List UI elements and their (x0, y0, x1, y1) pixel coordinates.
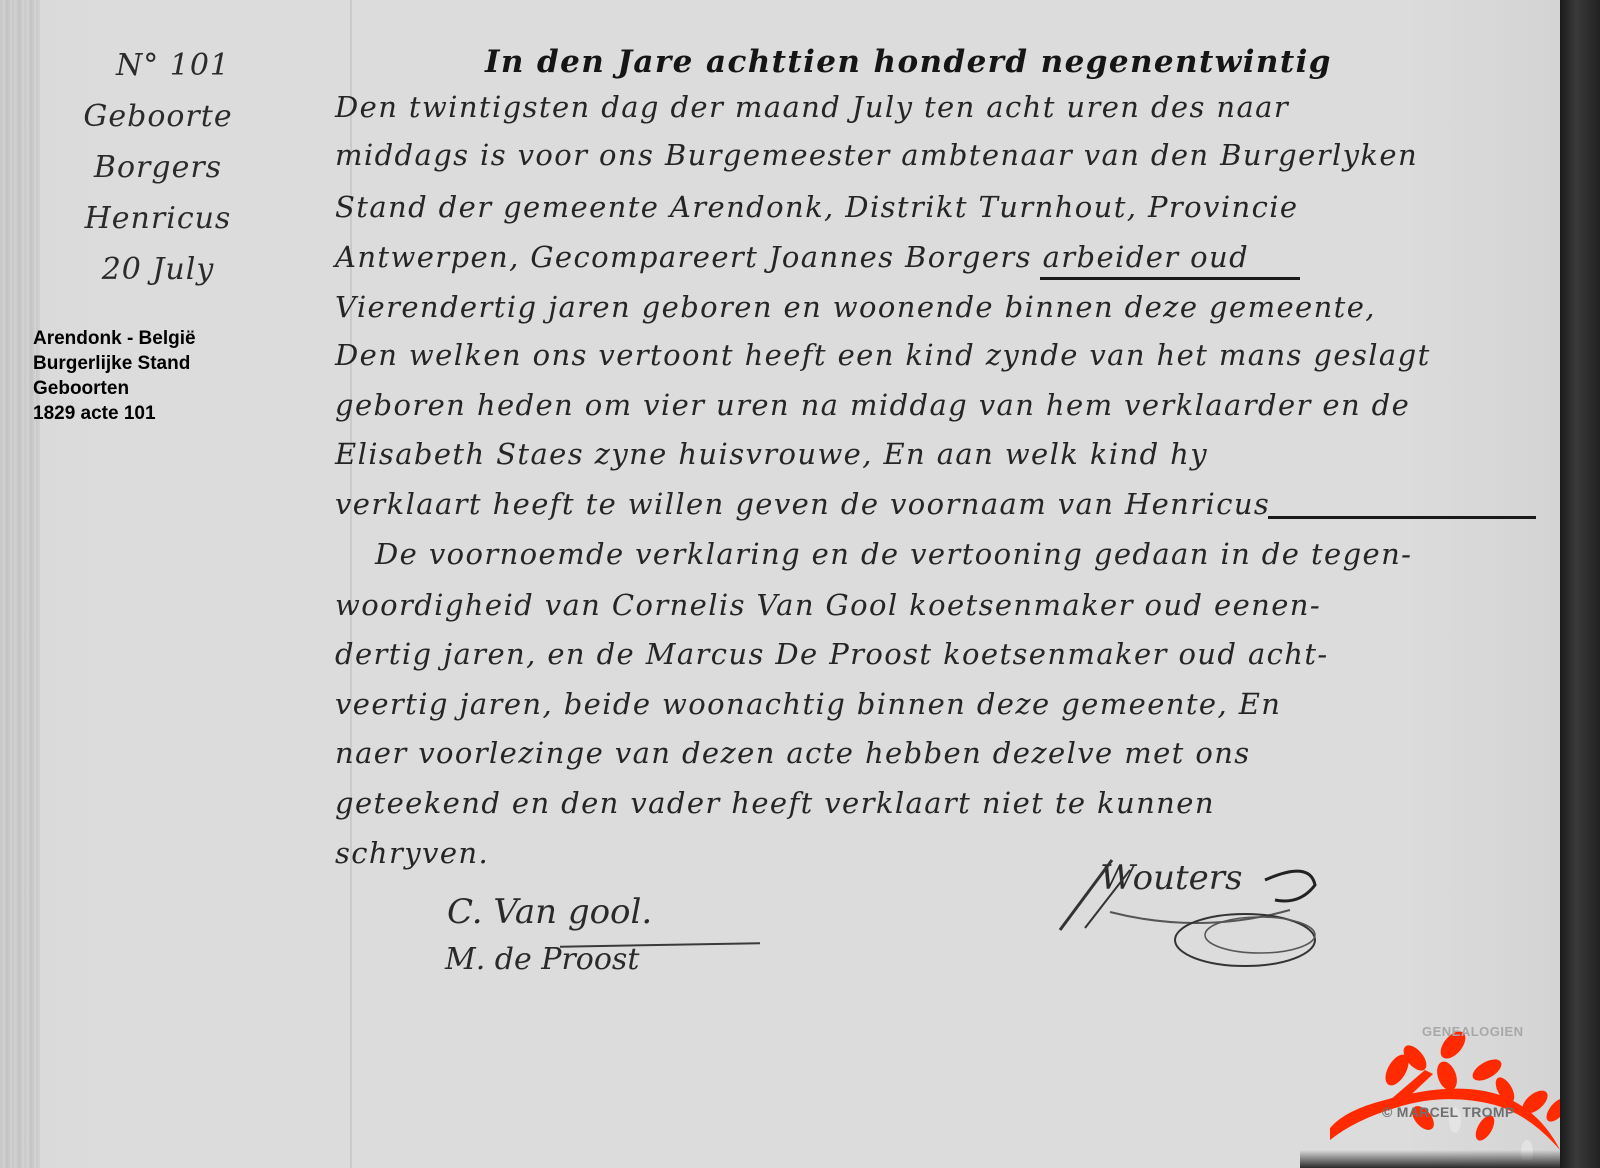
body-line: veertig jaren, beide woonachtig binnen d… (335, 687, 1281, 721)
signature-witness-2: M. de Proost (445, 942, 639, 977)
name-underline-henricus (1268, 516, 1536, 519)
label-act: 1829 acte 101 (33, 401, 196, 426)
label-register: Burgerlijke Stand (33, 351, 196, 376)
body-line: schryven. (335, 836, 489, 870)
body-line: middags is voor ons Burgemeester ambtena… (335, 138, 1418, 172)
body-line: geteekend en den vader heeft verklaart n… (335, 786, 1215, 820)
signature-witness-1: C. Van gool. (447, 892, 652, 932)
archive-label: Arendonk - België Burgerlijke Stand Gebo… (33, 326, 196, 426)
margin-line-date: 20 July (48, 244, 268, 295)
body-line: Antwerpen, Gecompareert Joannes Borgers … (335, 240, 1249, 274)
body-line: Den twintigsten dag der maand July ten a… (335, 90, 1289, 124)
body-line: geboren heden om vier uren na middag van… (335, 388, 1410, 422)
body-line: Stand der gemeente Arendonk, Distrikt Tu… (335, 190, 1298, 224)
body-line: dertig jaren, en de Marcus De Proost koe… (335, 637, 1329, 671)
label-place: Arendonk - België (33, 326, 196, 351)
body-line: De voornoemde verklaring en de vertoonin… (375, 537, 1412, 571)
signature-flourish (1050, 840, 1350, 980)
scan-bottom-shadow (1300, 1150, 1560, 1168)
margin-note: N° 101 Geboorte Borgers Henricus 20 July (48, 40, 268, 295)
body-line: Vierendertig jaren geboren en woonende b… (335, 290, 1376, 324)
body-line: woordigheid van Cornelis Van Gool koetse… (335, 588, 1321, 622)
watermark-copyright: © MARCEL TROMP (1382, 1104, 1514, 1120)
binding-edge (0, 0, 40, 1168)
margin-line-surname: Borgers (48, 142, 268, 193)
body-line: verklaart heeft te willen geven de voorn… (335, 487, 1270, 521)
document-page: N° 101 Geboorte Borgers Henricus 20 July… (0, 0, 1560, 1168)
name-underline-borgers (1040, 277, 1300, 280)
margin-line-firstname: Henricus (48, 193, 268, 244)
body-line: Den welken ons vertoont heeft een kind z… (335, 338, 1431, 372)
margin-rule (350, 0, 352, 1168)
body-line: naer voorlezinge van dezen acte hebben d… (335, 736, 1251, 770)
scan-right-edge (1560, 0, 1600, 1168)
record-number: N° 101 (48, 40, 268, 91)
watermark-top-text: GENEALOGIEN (1422, 1024, 1524, 1039)
margin-line-type: Geboorte (48, 91, 268, 142)
body-line: In den Jare achttien honderd negenentwin… (485, 44, 1332, 80)
label-category: Geboorten (33, 376, 196, 401)
body-line: Elisabeth Staes zyne huisvrouwe, En aan … (335, 437, 1208, 471)
